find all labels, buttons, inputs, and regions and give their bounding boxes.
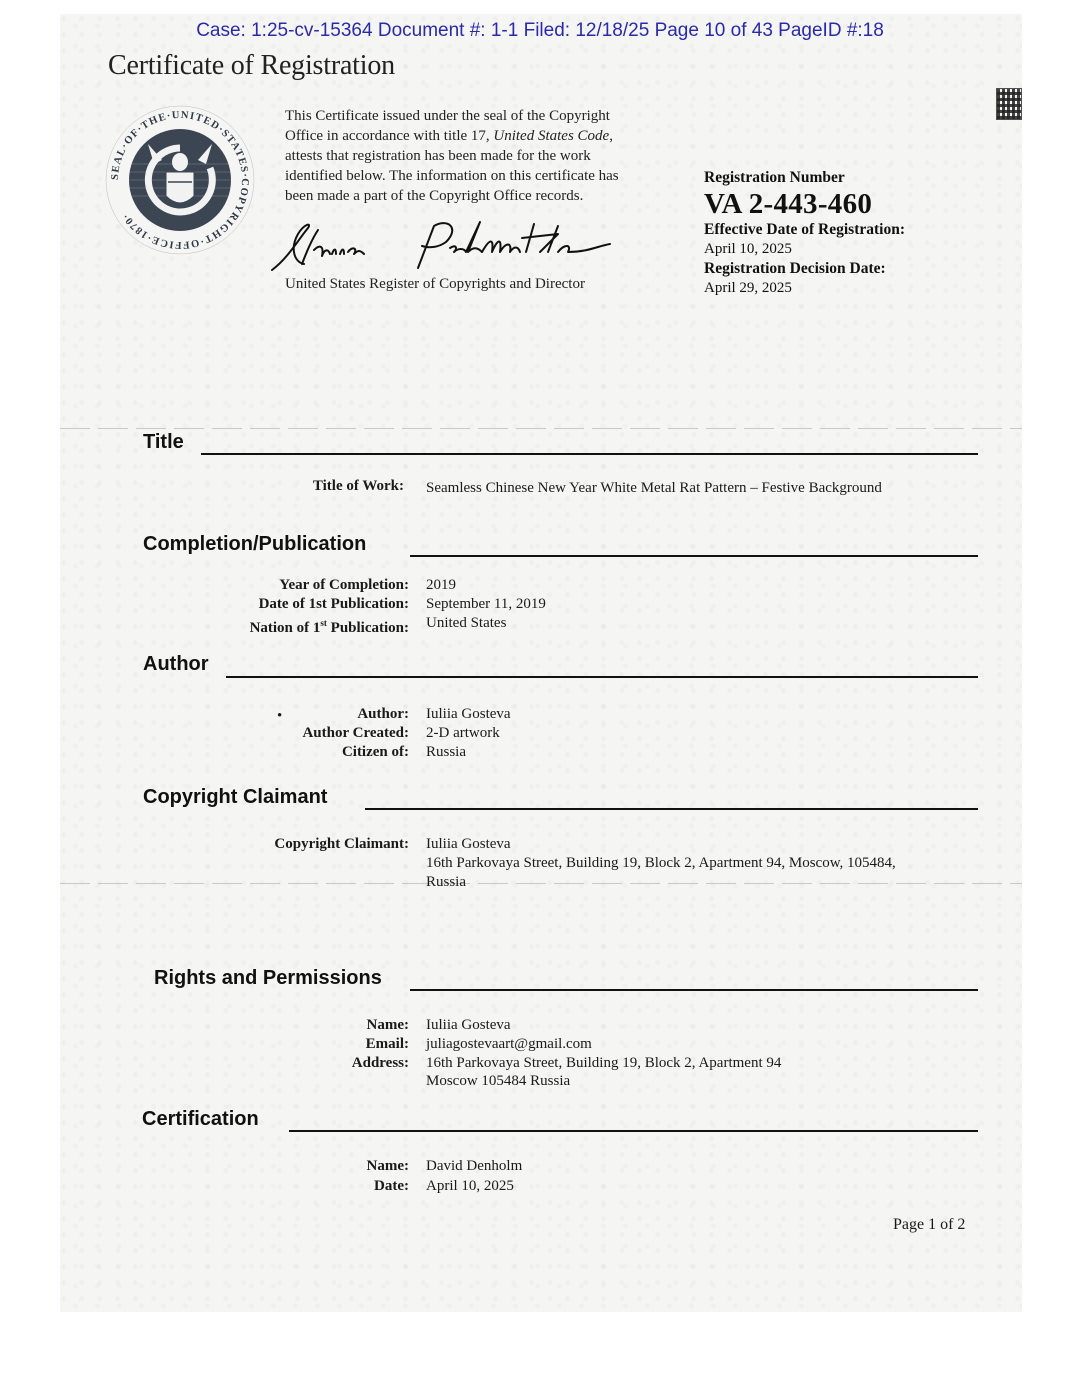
copyright-office-seal-icon: SEAL·OF·THE·UNITED·STATES·COPYRIGHT·OFFI… xyxy=(104,104,256,256)
intro-text: Office in accordance with title 17, xyxy=(285,128,493,144)
claimant-label: Copyright Claimant: xyxy=(274,835,409,854)
section-heading-rights: Rights and Permissions xyxy=(154,967,382,990)
section-rule xyxy=(410,555,978,557)
certification-date-label: Date: xyxy=(374,1177,409,1196)
title-of-work: Seamless Chinese New Year White Metal Ra… xyxy=(426,479,882,498)
2d-barcode-icon xyxy=(996,88,1022,120)
section-rule xyxy=(226,676,978,678)
claimant-address-line1: 16th Parkovaya Street, Building 19, Bloc… xyxy=(426,854,896,873)
rights-address-line2: Moscow 105484 Russia xyxy=(426,1072,570,1091)
claimant-name: Iuliia Gosteva xyxy=(426,835,511,854)
rights-address-line1: 16th Parkovaya Street, Building 19, Bloc… xyxy=(426,1054,781,1073)
label-text: Publication: xyxy=(327,620,409,636)
section-heading-certification: Certification xyxy=(142,1108,259,1131)
year-of-completion-label: Year of Completion: xyxy=(279,576,409,595)
effective-date: April 10, 2025 xyxy=(704,240,905,259)
year-of-completion: 2019 xyxy=(426,576,456,595)
author-name: Iuliia Gosteva xyxy=(426,705,511,724)
citizen-of: Russia xyxy=(426,743,466,762)
intro-line: This Certificate issued under the seal o… xyxy=(285,106,665,126)
certification-name-label: Name: xyxy=(367,1157,409,1176)
registration-number-label: Registration Number xyxy=(704,168,905,188)
registration-block: Registration Number VA 2-443-460 Effecti… xyxy=(704,168,905,298)
certificate-title: Certificate of Registration xyxy=(108,50,395,82)
decision-date-label: Registration Decision Date: xyxy=(704,259,905,279)
scan-seam xyxy=(60,428,1022,429)
effective-date-label: Effective Date of Registration: xyxy=(704,220,905,240)
nation-of-publication: United States xyxy=(426,614,506,633)
section-rule xyxy=(289,1130,978,1132)
intro-line: Office in accordance with title 17, Unit… xyxy=(285,126,665,146)
certificate-intro: This Certificate issued under the seal o… xyxy=(285,106,665,206)
section-rule xyxy=(201,453,978,455)
page-number: Page 1 of 2 xyxy=(893,1216,965,1234)
section-rule xyxy=(365,808,978,810)
case-header: Case: 1:25-cv-15364 Document #: 1-1 File… xyxy=(0,20,1080,42)
section-heading-author: Author xyxy=(143,653,209,676)
section-heading-claimant: Copyright Claimant xyxy=(143,786,327,809)
section-heading-title: Title xyxy=(143,431,184,454)
bullet: • xyxy=(277,708,282,725)
intro-italic: United States Code xyxy=(493,128,609,144)
author-label: Author: xyxy=(357,705,409,724)
rights-address-label: Address: xyxy=(352,1054,409,1073)
registration-number: VA 2-443-460 xyxy=(704,188,905,220)
intro-text: , xyxy=(609,128,613,144)
certification-date: April 10, 2025 xyxy=(426,1177,514,1196)
certification-name: David Denholm xyxy=(426,1157,522,1176)
first-publication-label: Date of 1st Publication: xyxy=(259,595,409,614)
register-signature xyxy=(268,218,613,278)
intro-line: attests that registration has been made … xyxy=(285,146,665,166)
rights-name-label: Name: xyxy=(367,1016,409,1035)
scan-seam xyxy=(60,883,1022,884)
rights-email-label: Email: xyxy=(366,1035,409,1054)
rights-email: juliagostevaart@gmail.com xyxy=(426,1035,592,1054)
rights-name: Iuliia Gosteva xyxy=(426,1016,511,1035)
section-heading-completion: Completion/Publication xyxy=(143,533,366,556)
first-publication-date: September 11, 2019 xyxy=(426,595,546,614)
citizen-of-label: Citizen of: xyxy=(342,743,409,762)
signature-caption: United States Register of Copyrights and… xyxy=(285,276,585,293)
intro-line: identified below. The information on thi… xyxy=(285,166,665,186)
author-created-label: Author Created: xyxy=(302,724,409,743)
label-text: Nation of 1 xyxy=(250,620,321,636)
section-rule xyxy=(410,989,978,991)
title-of-work-label: Title of Work: xyxy=(313,477,404,496)
author-created: 2-D artwork xyxy=(426,724,500,743)
intro-line: been made a part of the Copyright Office… xyxy=(285,186,665,206)
nation-of-publication-label: Nation of 1st Publication: xyxy=(250,614,409,638)
decision-date: April 29, 2025 xyxy=(704,279,905,298)
claimant-address-line2: Russia xyxy=(426,873,466,892)
